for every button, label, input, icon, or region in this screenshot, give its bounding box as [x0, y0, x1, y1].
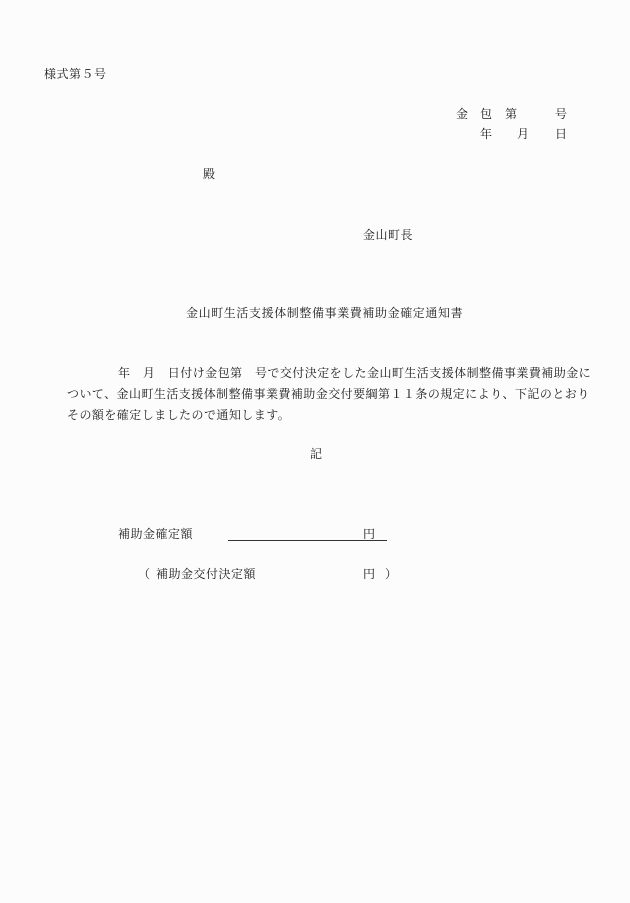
body-text-line-2: ついて、金山町生活支援体制整備事業費補助金交付要綱第１１条の規定により、下記のと…: [67, 388, 590, 400]
sender-name: 金山町長: [363, 229, 413, 241]
body-text-line-3: その額を確定しましたので通知します。: [67, 409, 290, 421]
confirmed-amount-label: 補助金確定額: [118, 528, 193, 540]
decision-amount-label: 補助金交付決定額: [156, 568, 256, 580]
date-year: 年: [480, 128, 492, 140]
confirmed-amount-unit: 円: [363, 528, 375, 540]
document-title: 金山町生活支援体制整備事業費補助金確定通知書: [186, 307, 463, 319]
form-number: 様式第５号: [44, 68, 107, 80]
body-text-line-1: 年 月 日付け金包第 号で交付決定をした金山町生活支援体制整備事業費補助金に: [118, 367, 591, 379]
decision-amount-unit: 円: [363, 568, 375, 580]
date-day: 日: [555, 128, 567, 140]
decision-amount-paren-close: ）: [385, 568, 397, 580]
addressee-suffix: 殿: [203, 168, 215, 180]
reference-go: 号: [555, 108, 567, 120]
reference-prefix-kin: 金: [456, 108, 468, 120]
decision-amount-paren-open: （: [138, 568, 150, 580]
ki-heading: 記: [310, 448, 322, 460]
reference-prefix-hou: 包: [480, 108, 492, 120]
date-month: 月: [517, 128, 529, 140]
reference-dai: 第: [505, 108, 517, 120]
